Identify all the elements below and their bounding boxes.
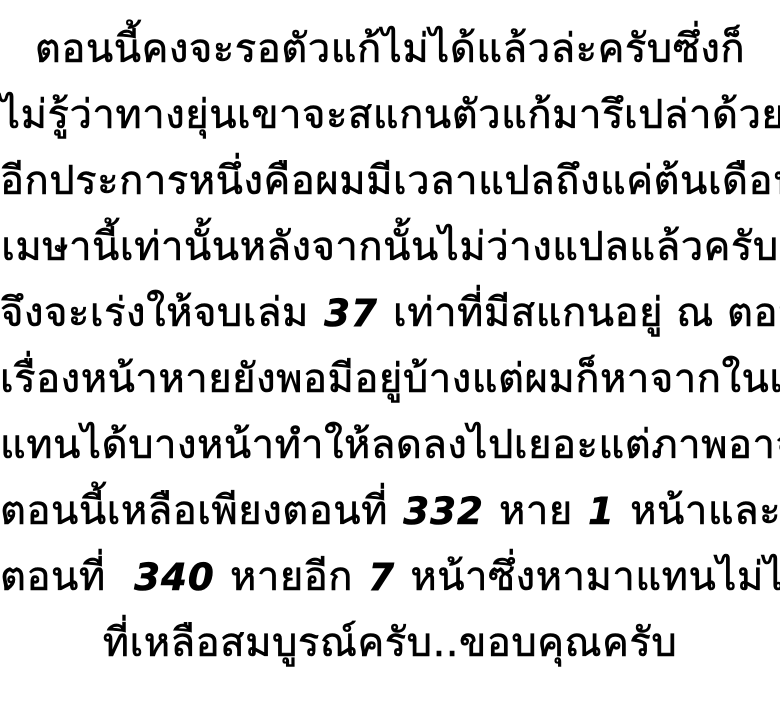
text-line: ที่เหลือสมบูรณ์ครับ..ขอบคุณครับ xyxy=(0,610,780,676)
text-segment: เท่าที่มีสแกนอยู่ ณ ตอนนี้ xyxy=(380,290,780,336)
text-segment: เมษานี้เท่านั้นหลังจากนั้นไม่ว่างแปลแล้ว… xyxy=(1,224,779,270)
text-segment: จึงจะเร่งให้จบเล่ม xyxy=(0,290,322,336)
number-highlight: 332 xyxy=(401,489,486,533)
text-segment: แทนได้บางหน้าทำให้ลดลงไปเยอะแต่ภาพอาจจะไ… xyxy=(0,422,780,468)
text-line: แทนได้บางหน้าทำให้ลดลงไปเยอะแต่ภาพอาจจะไ… xyxy=(0,412,780,478)
number-highlight: 37 xyxy=(322,291,380,335)
text-line: เมษานี้เท่านั้นหลังจากนั้นไม่ว่างแปลแล้ว… xyxy=(0,214,780,280)
text-line: จึงจะเร่งให้จบเล่ม 37 เท่าที่มีสแกนอยู่ … xyxy=(0,280,780,346)
number-highlight: 340 xyxy=(132,555,217,599)
text-line: ตอนที่ 340 หายอีก 7 หน้าซึ่งหามาแทนไม่ได… xyxy=(0,544,780,610)
text-segment: เรื่องหน้าหายยังพอมีอยู่บ้างแต่ผมก็หาจาก… xyxy=(0,356,780,402)
text-segment: หน้าซึ่งหามาแทนไม่ได้จริงๆ xyxy=(397,554,780,600)
text-segment: หายอีก xyxy=(217,554,366,600)
number-highlight: 7 xyxy=(366,555,397,599)
text-segment: หน้าและ xyxy=(617,488,780,534)
text-line: เรื่องหน้าหายยังพอมีอยู่บ้างแต่ผมก็หาจาก… xyxy=(0,346,780,412)
text-segment: ตอนนี้เหลือเพียงตอนที่ xyxy=(0,488,401,534)
text-segment: ที่เหลือสมบูรณ์ครับ..ขอบคุณครับ xyxy=(103,620,678,666)
text-segment: ไม่รู้ว่าทางยุ่นเขาจะสแกนตัวแก้มารึเปล่า… xyxy=(0,92,780,138)
text-line: ตอนนี้คงจะรอตัวแก้ไม่ได้แล้วล่ะครับซึ่งก… xyxy=(0,16,780,82)
text-segment: ตอนนี้คงจะรอตัวแก้ไม่ได้แล้วล่ะครับซึ่งก… xyxy=(35,26,745,72)
text-line: ตอนนี้เหลือเพียงตอนที่ 332 หาย 1 หน้าและ xyxy=(0,478,780,544)
text-segment: หาย xyxy=(486,488,586,534)
translator-note: ตอนนี้คงจะรอตัวแก้ไม่ได้แล้วล่ะครับซึ่งก… xyxy=(0,0,780,728)
text-segment: อีกประการหนึ่งคือผมมีเวลาแปลถึงแค่ต้นเดื… xyxy=(0,158,780,204)
text-line: ไม่รู้ว่าทางยุ่นเขาจะสแกนตัวแก้มารึเปล่า… xyxy=(0,82,780,148)
number-highlight: 1 xyxy=(586,489,617,533)
note-text-block: ตอนนี้คงจะรอตัวแก้ไม่ได้แล้วล่ะครับซึ่งก… xyxy=(0,16,780,676)
text-line: อีกประการหนึ่งคือผมมีเวลาแปลถึงแค่ต้นเดื… xyxy=(0,148,780,214)
text-segment: ตอนที่ xyxy=(0,554,132,600)
